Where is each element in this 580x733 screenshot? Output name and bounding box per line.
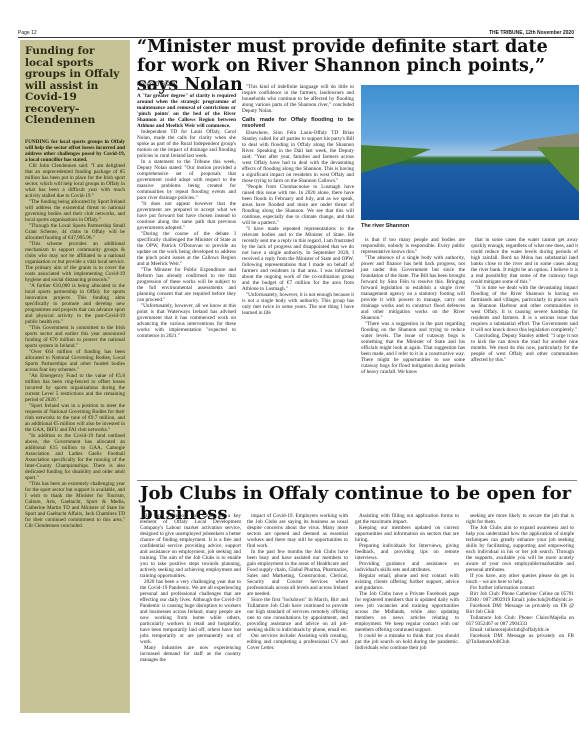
article-paragraph: "During the course of the debate I speci… bbox=[137, 231, 236, 267]
article-paragraph: Elsewhere, Sinn Féin Laois-Offaly TD Bri… bbox=[242, 130, 354, 184]
main-article-column-1: A "far greater degree" of clarity is req… bbox=[137, 93, 236, 339]
sidebar-paragraph: "This Government is committed to the Iri… bbox=[25, 325, 125, 349]
article-paragraph: In a statement to the Tribune this week,… bbox=[137, 159, 236, 201]
article-paragraph: If you have, any other queries please do… bbox=[466, 573, 574, 585]
sidebar-paragraph: Cllr John Clendennen said: "I am delight… bbox=[25, 163, 125, 199]
publication-date: THE TRIBUNE, 12th November 2020 bbox=[489, 30, 574, 36]
article-paragraph: impact of Covid-19. Employers working wi… bbox=[247, 513, 348, 549]
article-paragraph: "This kind of indefinite language will d… bbox=[242, 84, 354, 114]
article-paragraph: In the past few months the Job Clubs hav… bbox=[247, 549, 348, 597]
article-paragraph: "The Minister for Public Expenditure and… bbox=[137, 267, 236, 303]
job-clubs-column-4: seeking are more likely to secure the jo… bbox=[466, 513, 574, 645]
article-paragraph: "The absence of a single body with autho… bbox=[361, 255, 465, 321]
article-paragraph: Assisting with filling out application f… bbox=[355, 513, 459, 525]
main-article-lead: A "far greater degree" of clarity is req… bbox=[137, 93, 236, 129]
article-paragraph: Independent TD for Laois Offaly, Carol N… bbox=[137, 129, 236, 159]
article-subhead: Calls made for Offaly flooding to be res… bbox=[242, 117, 354, 129]
article-paragraph: seeking are more likely to secure the jo… bbox=[466, 513, 574, 525]
article-paragraph: "It does not appear however that the gov… bbox=[137, 201, 236, 231]
sidebar-paragraph: "Over €64 million of funding has been al… bbox=[25, 349, 125, 373]
article-paragraph: Our services include: Assisting with cre… bbox=[247, 633, 348, 651]
article-paragraph: 2020 has been a very challenging year du… bbox=[140, 579, 241, 645]
sidebar-paragraph: "The funding being allocated by Sport Ir… bbox=[25, 199, 125, 223]
job-clubs-column-1: Birr and Tullamore Job Clubs are a key e… bbox=[140, 513, 241, 663]
article-paragraph: "There was a suggestion in the past rega… bbox=[361, 321, 465, 375]
page-number: Page 12 bbox=[18, 30, 37, 36]
sidebar-paragraph: "Sport Ireland was in a position to meet… bbox=[25, 403, 125, 433]
sidebar-paragraph: "A further €10,000 is being allocated to… bbox=[25, 283, 125, 325]
article-paragraph: "Unfortunately, however, all we know at … bbox=[137, 303, 236, 339]
photo-left-bank bbox=[361, 145, 431, 185]
sidebar-paragraph: "This scheme provides an additional mech… bbox=[25, 241, 125, 283]
sidebar-headline: Funding for local sports groups in Offal… bbox=[25, 46, 125, 127]
article-paragraph: Providing guidance and assistance on ind… bbox=[355, 561, 459, 573]
photo-right-bank bbox=[519, 147, 579, 192]
section-divider bbox=[137, 480, 577, 481]
article-paragraph: "Unfortunately, however, it is not enoug… bbox=[242, 292, 354, 316]
article-paragraph: Since the first "lockdown" In March, Bir… bbox=[247, 597, 348, 633]
sidebar-article: Funding for local sports groups in Offal… bbox=[20, 40, 130, 713]
byline: Karen O'Grady bbox=[137, 82, 225, 90]
sidebar-lead: FUNDING for local sports groups in Offal… bbox=[25, 139, 125, 163]
article-paragraph: The Job Clubs have a Private Facebook pa… bbox=[355, 591, 459, 633]
article-paragraph: is that if too many people and bodies ar… bbox=[361, 237, 465, 255]
article-paragraph: Regular email, phone and text contact wi… bbox=[355, 573, 459, 591]
article-paragraph: Keeping our members updated on current o… bbox=[355, 525, 459, 543]
photo-caption: The river Shannon bbox=[361, 223, 409, 229]
job-clubs-column-2: impact of Covid-19. Employers working wi… bbox=[247, 513, 348, 651]
sidebar-body: FUNDING for local sports groups in Offal… bbox=[25, 139, 125, 529]
article-paragraph: Preparing individuals for Interviews, gi… bbox=[355, 543, 459, 561]
article-paragraph: "It is time we dealt with the devastatin… bbox=[471, 285, 578, 333]
sidebar-paragraph: "This has been an extremely challenging … bbox=[25, 481, 125, 529]
sidebar-paragraph: "In addition to the Covid-19 fund outlin… bbox=[25, 433, 125, 481]
river-shannon-photo bbox=[361, 85, 579, 220]
article-paragraph: The Job Clubs aim to expand awareness an… bbox=[466, 525, 574, 573]
main-article-column-3: is that if too many people and bodies ar… bbox=[361, 237, 465, 375]
article-paragraph: Birr and Tullamore Job Clubs are a key e… bbox=[140, 513, 241, 579]
article-paragraph: Many industries are now experiencing inc… bbox=[140, 645, 241, 663]
article-paragraph: Concluding, Deputy Stanley added: "I urg… bbox=[471, 333, 578, 363]
article-paragraph: that in some cases the water cannot get … bbox=[471, 237, 578, 285]
birr-facebook: Facebook DM: Message us privately on FB … bbox=[466, 603, 574, 615]
tullamore-contact: Tullamore Job Club: Phone: Claire/Majell… bbox=[466, 615, 574, 627]
article-paragraph: "People from Clonmacnoise to Lusmagh hav… bbox=[242, 184, 354, 226]
main-article-column-4: that in some cases the water cannot get … bbox=[471, 237, 578, 363]
sidebar-paragraph: "Through the Local Sports Partnership Sm… bbox=[25, 223, 125, 241]
birr-contact: Birr Job Club: Phone Catherine/ Celine o… bbox=[466, 591, 574, 603]
job-clubs-column-3: Assisting with filling out application f… bbox=[355, 513, 459, 651]
article-paragraph: "I have made repeated representations to… bbox=[242, 226, 354, 292]
main-article-column-2: "This kind of indefinite language will d… bbox=[242, 84, 354, 316]
sidebar-paragraph: "An Emergency Fund to the value of €5.8 … bbox=[25, 373, 125, 403]
article-paragraph: It could be a mistake to think that you … bbox=[355, 633, 459, 651]
tullamore-facebook: Facebook DM: Message us privately on FB … bbox=[466, 633, 574, 645]
